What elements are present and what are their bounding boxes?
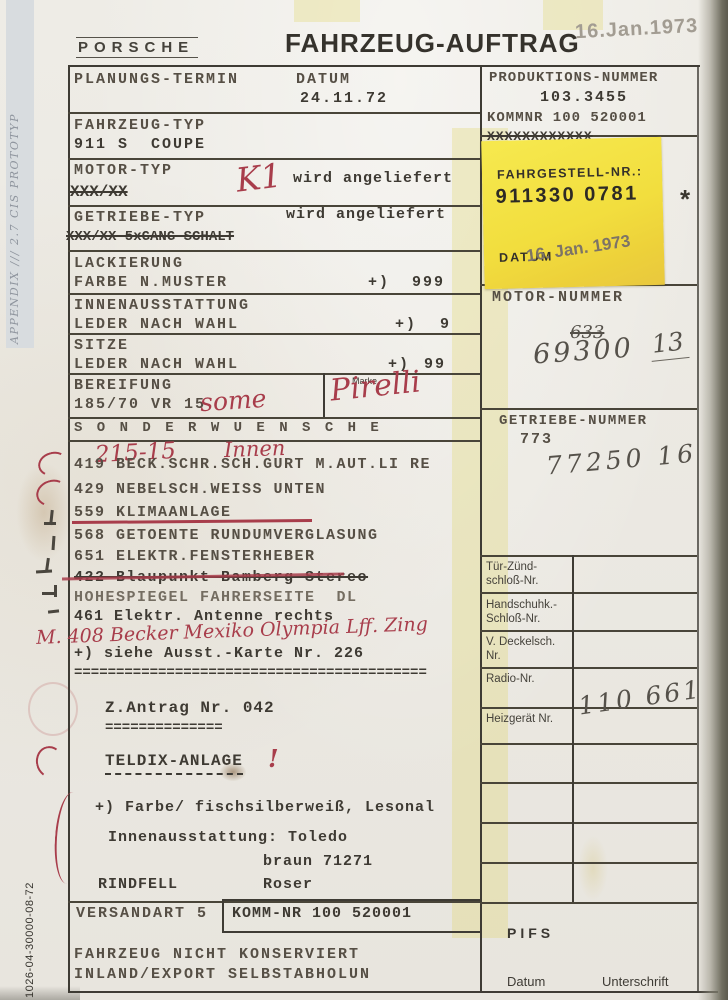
lock-label-heizgeraet: Heizgerät Nr. xyxy=(486,712,566,726)
field-label-lackierung: LACKIERUNG xyxy=(74,255,184,272)
lock-label-radio: Radio-Nr. xyxy=(486,672,566,686)
sonderwuensche-header: S O N D E R W U E N S C H E xyxy=(74,420,382,436)
lock-label-tuer-zuend: Tür-Zünd-schloß-Nr. xyxy=(486,560,566,588)
separator-line-1: ========================================… xyxy=(74,665,427,681)
form-code-vertical: 1026-04-30000-08-72 xyxy=(24,850,44,998)
red-checkmark-teldix xyxy=(33,743,67,780)
field-label-datum: DATUM xyxy=(296,71,351,88)
farbe-fischsilber-line: +) Farbe/ fischsilberweiß, Lesonal xyxy=(95,799,435,816)
motor-nummer-label: MOTOR-NUMMER xyxy=(492,289,624,306)
pencil-tick xyxy=(48,609,59,613)
z-antrag-line: Z.Antrag Nr. 042 xyxy=(105,699,275,717)
option-419: 419 BECK.SCHR.SCH.GURT M.AUT.LI RE xyxy=(74,456,431,473)
getriebe-nummer-handwritten: 77250 16 xyxy=(545,438,698,480)
row-line xyxy=(68,333,480,335)
pifs-label: PIFS xyxy=(507,925,554,941)
produktions-nummer-label: PRODUKTIONS-NUMMER xyxy=(489,70,658,86)
innenausstattung-braun-line: braun 71271 xyxy=(263,853,373,870)
lock-table-divider xyxy=(572,555,574,902)
lock-row-line xyxy=(480,630,697,632)
footer-konserviert-line: FAHRZEUG NICHT KONSERVIERT xyxy=(74,946,360,963)
getriebe-nummer-typed: 773 xyxy=(520,431,553,448)
radio-nr-handwritten: 110 661 xyxy=(577,674,704,720)
lock-row-line xyxy=(480,822,697,824)
separator-line-2: ============== xyxy=(105,720,223,736)
option-651: 651 ELEKTR.FENSTERHEBER xyxy=(74,548,316,565)
innenausstattung-value: 9 xyxy=(440,316,451,333)
row-line xyxy=(68,112,480,114)
teldix-anlage-line: TELDIX-ANLAGE xyxy=(105,752,243,775)
motor-typ-delivery-note: wird angeliefert xyxy=(293,170,453,187)
bereifung-line: 185/70 VR 15 xyxy=(74,396,206,413)
sticker-asterisk: * xyxy=(680,184,690,215)
komm-nr-value: KOMM-NR 100 520001 xyxy=(232,905,412,922)
pencil-tick xyxy=(54,585,57,597)
fahrgestell-sticker: FAHRGESTELL-NR.: 911330 0781 DATUM 16. J… xyxy=(481,137,665,289)
lackierung-ref: +) xyxy=(368,274,390,291)
row-line xyxy=(68,417,480,419)
stain-faint-right xyxy=(578,835,608,901)
option-429: 429 NEBELSCH.WEISS UNTEN xyxy=(74,481,326,498)
lackierung-line: FARBE N.MUSTER xyxy=(74,274,228,291)
motor-typ-crossed-code: XXX/XX xyxy=(70,183,128,201)
fahrgestell-value: 911330 0781 xyxy=(495,182,639,208)
innenausstattung-line: LEDER NACH WAHL xyxy=(74,316,239,333)
highlight-patch-top-left xyxy=(294,0,360,22)
form-title: FAHRZEUG-AUFTRAG xyxy=(285,28,580,59)
field-value-fahrzeug-typ: 911 S COUPE xyxy=(74,136,206,153)
innenausstattung-toledo-line: Innenausstattung: Toledo xyxy=(108,829,348,846)
field-label-fahrzeug-typ: FAHRZEUG-TYP xyxy=(74,117,206,134)
field-label-planungs-termin: PLANUNGS-TERMIN xyxy=(74,71,239,88)
marke-box-divider xyxy=(323,373,325,417)
sticker-datum-stamp: 16. Jan. 1973 xyxy=(525,231,632,266)
scanned-document-page: APPENDIX /// 2.7 CIS PROTOTYP 1026-04-30… xyxy=(0,0,728,1000)
pencil-tick xyxy=(36,569,52,573)
motor-nummer-value: 69300 xyxy=(532,333,635,371)
innenausstattung-roser-line: Roser xyxy=(263,876,313,893)
page-edge-shadow xyxy=(698,0,728,1000)
marke-handwritten-pirelli: Pirelli xyxy=(328,364,422,408)
rindfell-line: RINDFELL xyxy=(98,876,178,893)
innenausstattung-ref: +) xyxy=(395,316,417,333)
lock-row-line xyxy=(480,592,697,594)
lock-label-deckelschloss: V. Deckelsch. Nr. xyxy=(486,635,566,663)
porsche-logo: PORSCHE xyxy=(76,37,198,58)
field-label-motor-typ: MOTOR-TYP xyxy=(74,162,173,179)
option-hohespiegel: HOHESPIEGEL FAHRERSEITE DL xyxy=(74,589,358,606)
produktions-nummer-value: 103.3455 xyxy=(540,89,628,106)
getriebe-typ-delivery-note: wird angeliefert xyxy=(286,206,446,223)
footer-selbstabholung-line: INLAND/EXPORT SELBSTABHOLUN xyxy=(74,966,371,983)
motor-typ-handwritten-k1: K1 xyxy=(234,155,284,199)
field-label-bereifung: BEREIFUNG xyxy=(74,377,173,394)
field-value-planungs-datum: 24.11.72 xyxy=(300,90,388,107)
lock-row-line xyxy=(480,555,697,557)
field-label-innenausstattung: INNENAUSSTATTUNG xyxy=(74,297,250,314)
lock-row-line xyxy=(480,667,697,669)
stain-tan-left xyxy=(16,462,72,562)
row-line xyxy=(68,250,480,252)
datum-footer-label: Datum xyxy=(507,974,545,989)
lock-row-line xyxy=(480,743,697,745)
lock-label-handschuh: Handschuhk.-Schloß-Nr. xyxy=(486,598,566,626)
lackierung-value: 999 xyxy=(412,274,445,291)
row-line xyxy=(480,408,697,410)
motor-nummer-value-suffix: 13 xyxy=(648,326,689,362)
fahrgestell-label: FAHRGESTELL-NR.: xyxy=(497,164,643,182)
lock-row-line xyxy=(480,782,697,784)
option-568: 568 GETOENTE RUNDUMVERGLASUNG xyxy=(74,527,379,544)
sitze-value: 99 xyxy=(424,356,446,373)
appendix-label: APPENDIX /// 2.7 CIS PROTOTYP xyxy=(8,14,32,344)
lock-row-line xyxy=(480,902,697,904)
red-brace-farbe xyxy=(52,791,88,885)
pencil-tick xyxy=(44,522,56,525)
kommnr-line: KOMMNR 100 520001 xyxy=(487,110,647,126)
sitze-line: LEDER NACH WAHL xyxy=(74,356,239,373)
ausstellungs-karte-note: +) siehe Ausst.-Karte Nr. 226 xyxy=(74,645,364,662)
row-line xyxy=(68,293,480,295)
option-559: 559 KLIMAANLAGE xyxy=(74,504,232,521)
getriebe-nummer-label: GETRIEBE-NUMMER xyxy=(499,413,648,429)
unterschrift-footer-label: Unterschrift xyxy=(602,974,668,989)
lock-row-line xyxy=(480,862,697,864)
field-label-sitze: SITZE xyxy=(74,337,129,354)
form-border-bottom xyxy=(68,991,718,993)
bottom-left-corner-shade xyxy=(0,986,80,1000)
getriebe-typ-crossed-code: XXX/XX 5xGANG-SCHALT xyxy=(66,229,234,245)
field-label-getriebe-typ: GETRIEBE-TYP xyxy=(74,209,206,226)
form-border-top xyxy=(68,65,700,67)
bereifung-handwritten: some xyxy=(199,384,267,418)
versandart-value: VERSANDART 5 xyxy=(76,905,208,922)
column-divider xyxy=(480,65,482,993)
stamp-circle-faint xyxy=(28,682,78,736)
teldix-exclamation: ! xyxy=(268,744,279,773)
